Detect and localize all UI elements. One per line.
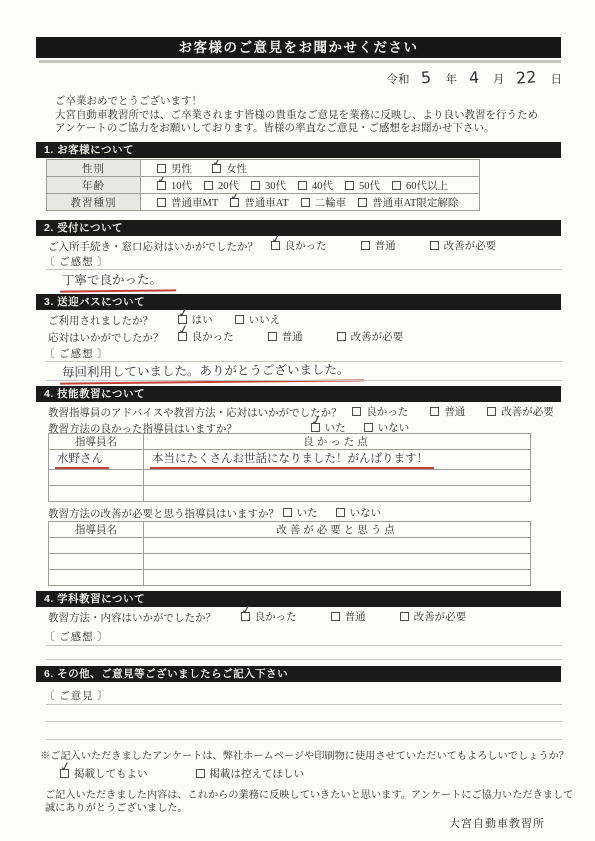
month-value-handwritten: 4 [468, 68, 479, 88]
option-group-skill-advice: ✓良かった✓普通✓改善が必要 [352, 404, 576, 419]
publication-permission-options: ✓掲載してもよい✓掲載は控えてほしい [60, 765, 352, 783]
option-label: 20代 [218, 178, 239, 193]
year-value-handwritten: 5 [421, 68, 432, 88]
option-label: 男性 [171, 161, 192, 176]
checkbox-option: ✓20代 [204, 178, 239, 193]
checkbox-checked-icon: ✓ [241, 612, 250, 621]
checkbox-icon: ✓ [336, 508, 345, 517]
checkbox-icon: ✓ [157, 198, 166, 207]
option-label: 良かった [255, 609, 297, 624]
checkbox-option: ✓普通 [331, 609, 366, 624]
question-label: 教習指導員のアドバイスや教習方法・応対はいかがでしたか？ [48, 405, 342, 420]
checkbox-checked-icon: ✓ [60, 769, 69, 778]
publication-permission-question: ※ご記入いただきましたアンケートは、弊社ホームページや印刷物に使用させていただい… [40, 750, 569, 763]
row-label-age: 年齢 [47, 177, 141, 194]
era-label: 令和 [387, 74, 410, 86]
section6-header: 6. その他、ご意見等ございましたらご記入下さい [36, 666, 561, 682]
comment-label: 〔 ご感想 〕 [44, 254, 109, 269]
comment-label: 〔 ご感想 〕 [44, 629, 109, 644]
option-label: 普通 [375, 238, 396, 253]
checkbox-icon: ✓ [283, 508, 292, 517]
checkbox-option: ✓普通車MT [157, 195, 218, 210]
instructor-name-cell [49, 570, 144, 586]
checkbox-option: ✓普通車AT [230, 195, 288, 210]
checkbox-icon: ✓ [345, 181, 354, 190]
checkbox-option: ✓普通 [268, 329, 303, 344]
comment-cell: 本当にたくさんお世話になりました！がんばります！ [144, 450, 531, 470]
ruled-line [46, 739, 562, 740]
checkbox-checked-icon: ✓ [157, 181, 166, 190]
bus-used-question-line: ご利用されましたか？ ✓はい✓いいえ [48, 312, 302, 328]
section2-header: 2. 受付について [36, 220, 561, 236]
check-mark-icon: ✓ [59, 760, 72, 775]
option-label: いた [297, 505, 318, 520]
option-group-bus-used: ✓はい✓いいえ [178, 312, 303, 327]
checkbox-icon: ✓ [364, 423, 373, 432]
age-options-cell: ✓10代✓20代✓30代✓40代✓50代✓60代以上 [141, 177, 480, 194]
section5-header: 4. 学科教習について [36, 591, 561, 607]
date-line: 令和 5 年 4 月 22 日 [300, 68, 562, 87]
instructor-name-header: 指導員名 [49, 522, 144, 538]
handwritten-text: 水野さん [55, 450, 109, 469]
comment-cell [144, 470, 531, 486]
intro-line-3: アンケートのご協力をお願いしております。皆様の率直なご意見・ご感想をお聞かせ下さ… [55, 122, 538, 136]
checkbox-option: ✓改善が必要 [337, 329, 404, 344]
table-row [49, 486, 531, 502]
customer-info-table: 性別 ✓男性✓女性 年齢 ✓10代✓20代✓30代✓40代✓50代✓60代以上 … [46, 159, 480, 211]
checkbox-option: ✓40代 [298, 178, 333, 193]
check-mark-icon: ✓ [211, 160, 224, 170]
checkbox-icon: ✓ [204, 181, 213, 190]
question-label: 応対はいかがでしたか？ [48, 330, 175, 345]
check-mark-icon: ✓ [229, 194, 242, 204]
option-label: 掲載してもよい [74, 766, 148, 781]
option-label: 50代 [359, 178, 380, 193]
checkbox-option: ✓良かった [271, 238, 327, 253]
day-unit: 日 [551, 74, 563, 86]
option-label: 改善が必要 [501, 404, 554, 419]
checkbox-option: ✓いない [336, 505, 382, 520]
checkbox-icon: ✓ [301, 198, 310, 207]
option-label: 女性 [226, 161, 247, 176]
instructor-name-cell: 水野さん [49, 450, 144, 470]
comment-cell [144, 570, 531, 586]
option-group-reception: ✓良かった✓普通✓改善が必要 [271, 238, 531, 253]
option-label: 掲載は控えてほしい [210, 766, 305, 781]
instructor-name-cell [49, 470, 144, 486]
improve-instructor-table: 指導員名 改善が必要と思う点 [48, 521, 531, 586]
improve-point-header: 改善が必要と思う点 [144, 522, 531, 538]
checkbox-option: ✓普通 [361, 238, 396, 253]
instructor-name-header: 指導員名 [49, 434, 144, 450]
checkbox-checked-icon: ✓ [178, 332, 187, 341]
bus-service-question-line: 応対はいかがでしたか？ ✓良かった✓普通✓改善が必要 [48, 329, 437, 345]
option-label: 普通車AT [244, 195, 288, 210]
instructor-name-cell [49, 486, 144, 502]
check-mark-icon: ✓ [177, 323, 190, 338]
check-mark-icon: ✓ [177, 306, 190, 321]
option-label: 改善が必要 [351, 329, 404, 344]
checkbox-option: ✓掲載は控えてほしい [196, 766, 305, 781]
option-label: 40代 [312, 178, 333, 193]
check-mark-icon: ✓ [156, 177, 169, 187]
ruled-line [46, 380, 562, 381]
checkbox-icon: ✓ [196, 769, 205, 778]
option-label: 30代 [265, 178, 286, 193]
checkbox-option: ✓いた [283, 505, 318, 520]
intro-line-1: ご卒業おめでとうございます！ [55, 95, 538, 109]
checkbox-option: ✓男性 [157, 161, 192, 176]
option-label: 二輪車 [315, 195, 347, 210]
checkbox-icon: ✓ [361, 241, 370, 250]
option-label: 普通 [282, 329, 303, 344]
checkbox-icon: ✓ [268, 332, 277, 341]
option-label: 普通 [345, 609, 366, 624]
checkbox-option: ✓掲載してもよい [60, 766, 148, 781]
handwritten-comment-reception: 丁寧で良かった。 [60, 269, 176, 292]
option-group-permission: ✓掲載してもよい✓掲載は控えてほしい [60, 766, 352, 781]
good-instructor-table: 指導員名 良かった点 水野さん本当にたくさんお世話になりました！がんばります！ [48, 433, 531, 502]
table-row: 水野さん本当にたくさんお世話になりました！がんばります！ [49, 450, 531, 470]
row-label-course-type: 教習種別 [47, 194, 141, 211]
option-group-gender: ✓男性✓女性 [157, 161, 267, 176]
check-mark-icon: ✓ [310, 414, 323, 429]
check-mark-icon: ✓ [240, 603, 253, 618]
checkbox-checked-icon: ✓ [230, 198, 239, 207]
option-label: 良かった [366, 404, 408, 419]
checkbox-option: ✓50代 [345, 178, 380, 193]
option-group-age: ✓10代✓20代✓30代✓40代✓50代✓60代以上 [157, 178, 460, 193]
checkbox-option: ✓10代 [157, 178, 192, 193]
handwritten-text: 本当にたくさんお世話になりました！がんばります！ [150, 450, 434, 469]
checkbox-option: ✓改善が必要 [430, 238, 497, 253]
checkbox-option: ✓普通車AT限定解除 [358, 195, 458, 210]
intro-paragraph: ご卒業おめでとうございます！ 大宮自動車教習所では、ご卒業されます皆様の貴重なご… [55, 95, 538, 136]
question-label: ご利用されましたか？ [48, 313, 175, 328]
option-label: 普通車AT限定解除 [372, 195, 458, 210]
comment-label: 〔 ご感想 〕 [44, 346, 109, 361]
checkbox-option: ✓良かった [178, 329, 234, 344]
option-label: いいえ [249, 312, 281, 327]
option-label: はい [192, 312, 213, 327]
checkbox-option: ✓良かった [352, 404, 408, 419]
checkbox-icon: ✓ [392, 181, 401, 190]
question-label: ご入所手続き・窓口応対はいかがでしたか？ [48, 239, 258, 254]
checkbox-option: ✓改善が必要 [400, 609, 467, 624]
course-options-cell: ✓普通車MT✓普通車AT✓二輪車✓普通車AT限定解除 [141, 194, 480, 211]
section4-header: 4. 技能教習について [36, 386, 561, 402]
form-title-bar: お客様のご意見をお聞かせください [36, 37, 561, 58]
checkbox-option: ✓いいえ [235, 312, 281, 327]
comment-cell [144, 486, 531, 502]
option-group-improve-instructor: ✓いた✓いない [283, 505, 400, 520]
option-label: 10代 [171, 178, 192, 193]
scanned-survey-form: お客様のご意見をお聞かせください 令和 5 年 4 月 22 日 ご卒業おめでと… [0, 0, 595, 841]
question-label: 教習方法の改善が必要と思う指導員はいますか？ [48, 506, 280, 521]
day-value-handwritten: 22 [516, 67, 538, 87]
comment-cell [144, 538, 531, 554]
checkbox-option: ✓30代 [251, 178, 286, 193]
checkbox-icon: ✓ [251, 181, 260, 190]
school-signature: 大宮自動車教習所 [320, 815, 545, 831]
gender-options-cell: ✓男性✓女性 [141, 160, 480, 177]
option-group-bus-service: ✓良かった✓普通✓改善が必要 [178, 329, 438, 344]
checkbox-checked-icon: ✓ [271, 241, 280, 250]
improve-instructor-question-line: 教習方法の改善が必要と思う指導員はいますか？ ✓いた✓いない [48, 505, 399, 521]
closing-line-2: 誠にありがとうございました。 [45, 802, 573, 815]
table-row [49, 470, 531, 486]
reception-question-line: ご入所手続き・窓口応対はいかがでしたか？ ✓良かった✓普通✓改善が必要 [48, 238, 530, 254]
question-label: 教習方法・内容はいかがでしたか？ [48, 610, 238, 625]
ruled-line [46, 721, 562, 722]
option-label: 普通 [444, 404, 465, 419]
table-header-row: 指導員名 改善が必要と思う点 [49, 522, 531, 538]
form-title: お客様のご意見をお聞かせください [179, 40, 419, 55]
option-group-course: ✓普通車MT✓普通車AT✓二輪車✓普通車AT限定解除 [157, 195, 470, 210]
checkbox-icon: ✓ [298, 181, 307, 190]
instructor-name-cell [49, 554, 144, 570]
table-header-row: 指導員名 良かった点 [49, 434, 531, 450]
option-group-lecture: ✓良かった✓普通✓改善が必要 [241, 609, 501, 624]
ruled-line [46, 659, 562, 660]
checkbox-icon: ✓ [331, 612, 340, 621]
checkbox-option: ✓60代以上 [392, 178, 448, 193]
section1-header: 1. お客様について [36, 142, 561, 158]
check-mark-icon: ✓ [270, 232, 283, 247]
lecture-question-line: 教習方法・内容はいかがでしたか？ ✓良かった✓普通✓改善が必要 [48, 609, 500, 625]
checkbox-icon: ✓ [337, 332, 346, 341]
checkbox-option: ✓普通 [430, 404, 465, 419]
option-label: いない [350, 505, 382, 520]
checkbox-option: ✓二輪車 [301, 195, 347, 210]
checkbox-checked-icon: ✓ [212, 164, 221, 173]
intro-line-2: 大宮自動車教習所では、ご卒業されます皆様の貴重なご意見を業務に反映し、より良い教… [55, 109, 538, 123]
closing-line-1: ご記入いただきました内容は、これからの業務に反映していきたいと思います。アンケー… [45, 789, 573, 802]
row-label-gender: 性別 [47, 160, 141, 177]
option-label: 改善が必要 [414, 609, 467, 624]
option-label: 普通車MT [171, 195, 218, 210]
table-row: 年齢 ✓10代✓20代✓30代✓40代✓50代✓60代以上 [47, 177, 480, 194]
checkbox-icon: ✓ [487, 407, 496, 416]
option-label: 良かった [192, 329, 234, 344]
instructor-name-cell [49, 538, 144, 554]
month-unit: 月 [493, 74, 505, 86]
option-label: 60代以上 [406, 178, 448, 193]
table-row [49, 538, 531, 554]
comment-label: 〔 ご意見 〕 [44, 688, 109, 703]
checkbox-icon: ✓ [352, 407, 361, 416]
option-label: 改善が必要 [444, 238, 497, 253]
checkbox-icon: ✓ [235, 315, 244, 324]
table-row: 教習種別 ✓普通車MT✓普通車AT✓二輪車✓普通車AT限定解除 [47, 194, 480, 211]
year-unit: 年 [445, 74, 457, 86]
checkbox-icon: ✓ [400, 612, 409, 621]
checkbox-icon: ✓ [358, 198, 367, 207]
table-row [49, 554, 531, 570]
checkbox-icon: ✓ [430, 407, 439, 416]
checkbox-option: ✓改善が必要 [487, 404, 554, 419]
checkbox-option: ✓良かった [241, 609, 297, 624]
ruled-line [46, 704, 562, 705]
checkbox-checked-icon: ✓ [311, 423, 320, 432]
section3-header: 3. 送迎バスについて [36, 294, 561, 310]
table-row: 性別 ✓男性✓女性 [47, 160, 480, 177]
good-point-header: 良かった点 [144, 434, 531, 450]
checkbox-option: ✓女性 [212, 161, 247, 176]
closing-paragraph: ご記入いただきました内容は、これからの業務に反映していきたいと思います。アンケー… [45, 789, 573, 815]
comment-cell [144, 554, 531, 570]
option-label: 良かった [285, 238, 327, 253]
table-row [49, 570, 531, 586]
title-bar-shadow [39, 60, 561, 63]
ruled-line [46, 645, 562, 646]
checkbox-icon: ✓ [430, 241, 439, 250]
checkbox-icon: ✓ [157, 164, 166, 173]
